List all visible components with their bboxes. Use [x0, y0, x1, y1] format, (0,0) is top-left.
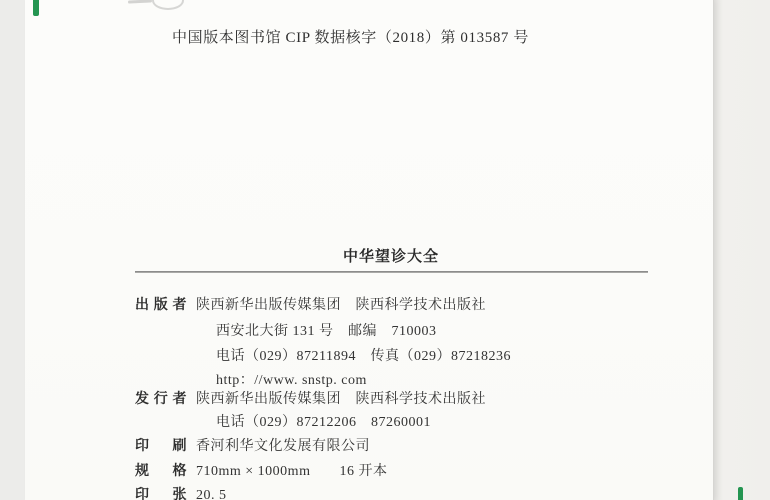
colophon-row-format: 规 格 710mm × 1000mm 16 开本	[135, 460, 387, 480]
colophon-row-phone-fax: 电话（029）87211894 传真（029）87218236	[135, 345, 511, 365]
colophon-row-website: http：//www. snstp. com	[135, 369, 367, 389]
page-edge-background	[713, 0, 770, 500]
green-marker-bottom	[738, 487, 743, 500]
row-text: 电话（029）87211894 传真（029）87218236	[216, 345, 511, 365]
book-title: 中华望诊大全	[135, 245, 647, 266]
row-label: 印 刷	[135, 435, 187, 455]
colophon-row-distributor: 发 行 者 陕西新华出版传媒集团 陕西科学技术出版社	[135, 388, 486, 408]
row-text: 电话（029）87212206 87260001	[216, 411, 431, 431]
colophon-row-publisher: 出 版 者 陕西新华出版传媒集团 陕西科学技术出版社	[135, 294, 486, 314]
colophon-row-sheets: 印 张 20. 5	[135, 484, 227, 500]
row-text: http：//www. snstp. com	[216, 369, 367, 389]
scanned-page-view: 中国版本图书馆 CIP 数据核字（2018）第 013587 号 中华望诊大全 …	[0, 0, 770, 500]
row-text: 西安北大街 131 号 邮编 710003	[216, 320, 437, 340]
row-label: 出 版 者	[135, 294, 187, 314]
row-text: 陕西新华出版传媒集团 陕西科学技术出版社	[196, 294, 486, 314]
cip-registration-line: 中国版本图书馆 CIP 数据核字（2018）第 013587 号	[172, 26, 529, 47]
colophon-row-distributor-phone: 电话（029）87212206 87260001	[135, 411, 431, 431]
row-label: 规 格	[135, 460, 187, 480]
row-label: 发 行 者	[135, 388, 187, 408]
row-text: 20. 5	[196, 488, 227, 500]
row-label: 印 张	[135, 484, 187, 500]
book-copyright-page: 中国版本图书馆 CIP 数据核字（2018）第 013587 号 中华望诊大全 …	[25, 0, 713, 500]
row-text: 710mm × 1000mm 16 开本	[196, 460, 387, 480]
green-marker-top	[33, 0, 39, 16]
divider-rule	[135, 271, 648, 273]
colophon-row-address: 西安北大街 131 号 邮编 710003	[135, 320, 437, 340]
colophon-row-printer: 印 刷 香河利华文化发展有限公司	[135, 435, 370, 455]
row-text: 香河利华文化发展有限公司	[196, 435, 370, 455]
row-text: 陕西新华出版传媒集团 陕西科学技术出版社	[196, 388, 486, 408]
